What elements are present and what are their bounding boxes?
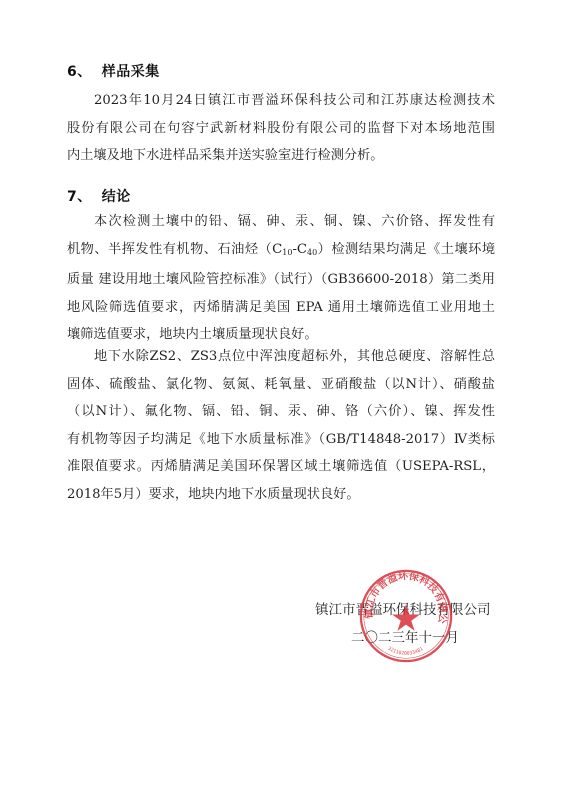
signature-company: 镇江市晋溢环保科技有限公司 [315, 598, 491, 618]
text-line: 有机物等因子均满足《地下水质量标准》（GB/T14848-2017）Ⅳ类标 [67, 426, 495, 454]
document-page: 6、样品采集 2023年10月24日镇江市晋溢环保科技公司和江苏康达检测技术 股… [0, 0, 568, 810]
text-line: 地下水除ZS2、ZS3点位中浑浊度超标外，其他总硬度、溶解性总 [67, 343, 495, 371]
section-6-number: 6、 [67, 64, 92, 80]
section-6-paragraph: 2023年10月24日镇江市晋溢环保科技公司和江苏康达检测技术 股份有限公司在句… [67, 87, 495, 170]
subscript: 10 [282, 248, 292, 257]
text-line: 本次检测土壤中的铅、镉、砷、汞、铜、镍、六价铬、挥发性有 [67, 208, 495, 236]
section-6-title: 样品采集 [102, 64, 160, 80]
section-7-paragraph-groundwater: 地下水除ZS2、ZS3点位中浑浊度超标外，其他总硬度、溶解性总 固体、硫酸盐、氯… [67, 343, 495, 508]
section-7-title: 结论 [102, 189, 131, 205]
section-7-heading: 7、结论 [67, 186, 131, 206]
section-6-heading: 6、样品采集 [67, 61, 160, 81]
text-line: 固体、硫酸盐、氯化物、氨氮、耗氧量、亚硝酸盐（以N计）、硝酸盐 [67, 371, 495, 399]
section-7-number: 7、 [67, 189, 92, 205]
subscript: 40 [307, 248, 317, 257]
text-line: 质量 建设用地土壤风险管控标准》（试行）（GB36600-2018）第二类用 [67, 266, 495, 294]
text-line: 2018年5月）要求，地块内地下水质量现状良好。 [67, 481, 495, 509]
text-line: 内土壤及地下水进样品采集并送实验室进行检测分析。 [67, 142, 495, 170]
text-fragment: 机物、半挥发性有机物、石油烃（C [67, 242, 282, 257]
text-line: （以N计）、氟化物、镉、铅、铜、汞、砷、铬（六价）、镍、挥发性 [67, 398, 495, 426]
text-line: 准限值要求。丙烯腈满足美国环保署区域土壤筛选值（USEPA-RSL， [67, 453, 495, 481]
text-fragment: -C [292, 242, 307, 257]
stamp-code: 3211020033481 [387, 646, 425, 657]
text-line: 机物、半挥发性有机物、石油烃（C10-C40）检测结果均满足《土壤环境 [67, 236, 495, 267]
text-line: 股份有限公司在句容宁武新材料股份有限公司的监督下对本场地范围 [67, 115, 495, 143]
text-line: 地风险筛选值要求，丙烯腈满足美国 EPA 通用土壤筛选值工业用地土 [67, 294, 495, 322]
section-7-paragraph-soil: 本次检测土壤中的铅、镉、砷、汞、铜、镍、六价铬、挥发性有 机物、半挥发性有机物、… [67, 208, 495, 349]
signature-date: 二〇二三年十一月 [351, 626, 459, 646]
text-line: 2023年10月24日镇江市晋溢环保科技公司和江苏康达检测技术 [67, 87, 495, 115]
text-fragment: ）检测结果均满足《土壤环境 [317, 242, 495, 257]
